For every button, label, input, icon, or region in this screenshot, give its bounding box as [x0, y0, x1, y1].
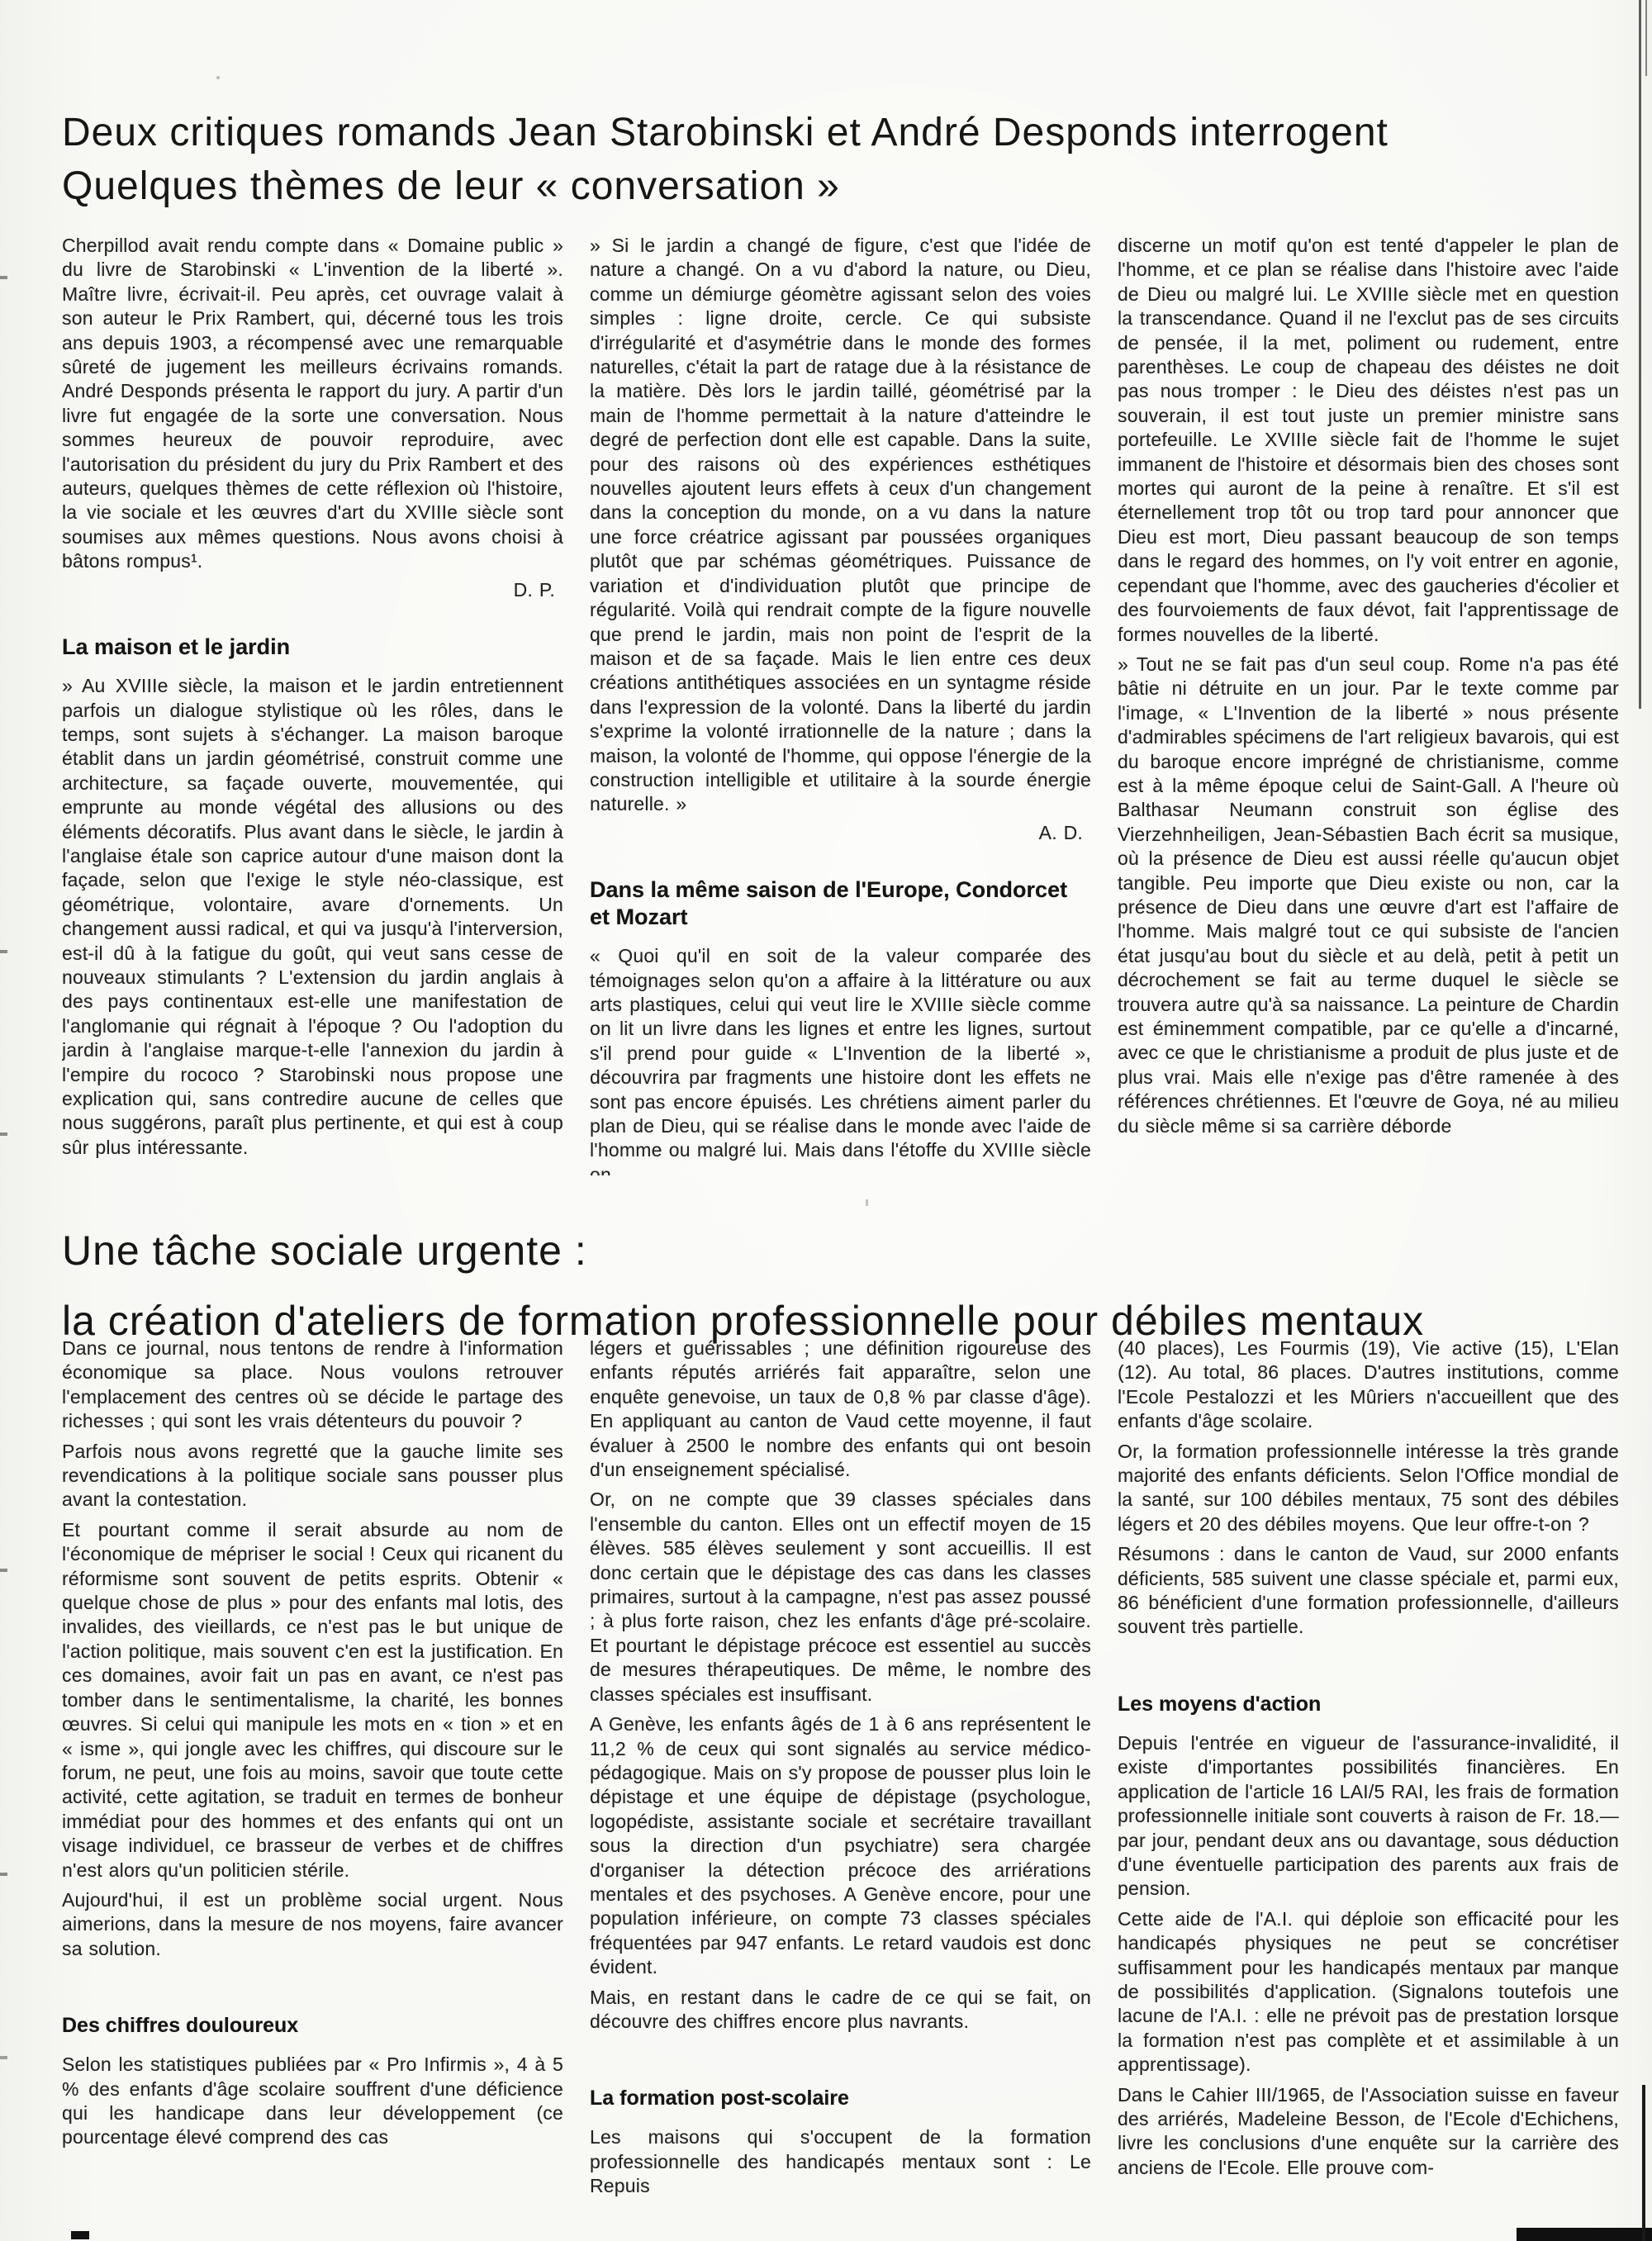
- scan-bottom-left-mark: [71, 2231, 89, 2239]
- scan-edge-line: [1639, 0, 1641, 709]
- scan-speck: [216, 76, 220, 79]
- article1-column-3: discerne un motif qu'on est tenté d'appe…: [1118, 234, 1619, 1175]
- paragraph-dans-ce-journal: Dans ce journal, nous tentons de rendre …: [62, 1337, 563, 1434]
- paragraph-les-maisons: Les maisons qui s'occupent de la formati…: [590, 2125, 1091, 2198]
- scan-edge-line-2: [1645, 0, 1647, 76]
- scan-tick: [0, 276, 7, 279]
- paragraph-et-pourtant: Et pourtant comme il serait absurde au n…: [62, 1518, 563, 1883]
- article2-column-2: légers et guérissables ; une définition …: [590, 1337, 1091, 2229]
- article1-column-1: Cherpillod avait rendu compte dans « Dom…: [62, 234, 563, 1175]
- subhead-les-moyens-daction: Les moyens d'action: [1118, 1691, 1619, 1718]
- article1-headline: Deux critiques romands Jean Starobinski …: [62, 106, 1631, 213]
- subhead-des-chiffres-douloureux: Des chiffres douloureux: [62, 2012, 563, 2039]
- article2-headline: Une tâche sociale urgente : la création …: [62, 1216, 1631, 1356]
- article1-body: Cherpillod avait rendu compte dans « Dom…: [62, 234, 1620, 1175]
- paragraph-chiffres-navrants: Mais, en restant dans le cadre de ce qui…: [590, 1986, 1091, 2034]
- scan-tick: [0, 1569, 7, 1572]
- newspaper-page: Deux critiques romands Jean Starobinski …: [0, 0, 1652, 2241]
- paragraph-quoi-quil-en-soit: « Quoi qu'il en soit de la valeur compar…: [590, 944, 1091, 1175]
- paragraph-assurance-invalidite: Depuis l'entrée en vigueur de l'assuranc…: [1118, 1731, 1619, 1902]
- article1-headline-line1: Deux critiques romands Jean Starobinski …: [62, 106, 1631, 159]
- paragraph-resumons: Résumons : dans le canton de Vaud, sur 2…: [1118, 1542, 1619, 1640]
- paragraph-a-geneve: A Genève, les enfants âgés de 1 à 6 ans …: [590, 1712, 1091, 1979]
- paragraph-intro: Cherpillod avait rendu compte dans « Dom…: [62, 234, 563, 574]
- paragraph-formation-interesse: Or, la formation professionnelle intéres…: [1118, 1440, 1619, 1537]
- paragraph-40-places: (40 places), Les Fourmis (19), Vie activ…: [1118, 1337, 1619, 1434]
- byline-dp: D. P.: [62, 578, 563, 602]
- paragraph-maison-jardin: » Au XVIIIe siècle, la maison et le jard…: [62, 674, 563, 1160]
- paragraph-si-le-jardin: » Si le jardin a changé de figure, c'est…: [590, 234, 1091, 817]
- article2-column-1: Dans ce journal, nous tentons de rendre …: [62, 1337, 563, 2229]
- scan-corner-vline: [1642, 2085, 1645, 2241]
- scan-tick: [0, 950, 7, 953]
- paragraph-cahier-1965: Dans le Cahier III/1965, de l'Associatio…: [1118, 2083, 1619, 2181]
- paragraph-39-classes: Or, on ne compte que 39 classes spéciale…: [590, 1488, 1091, 1707]
- paragraph-legers-guerissables: légers et guérissables ; une définition …: [590, 1337, 1091, 1482]
- subhead-meme-saison-europe: Dans la même saison de l'Europe, Condorc…: [590, 876, 1091, 931]
- article2-body: Dans ce journal, nous tentons de rendre …: [62, 1337, 1620, 2229]
- subhead-formation-post-scolaire: La formation post-scolaire: [590, 2085, 1091, 2112]
- paragraph-aide-ai: Cette aide de l'A.I. qui déploie son eff…: [1118, 1907, 1619, 2077]
- paragraph-aujourdhui: Aujourd'hui, il est un problème social u…: [62, 1888, 563, 1961]
- scan-speck: [866, 1199, 868, 1206]
- byline-ad: A. D.: [590, 821, 1091, 845]
- article2-column-3: (40 places), Les Fourmis (19), Vie activ…: [1118, 1337, 1619, 2229]
- article2-headline-line1: Une tâche sociale urgente :: [62, 1216, 1631, 1286]
- scan-tick: [0, 1873, 7, 1876]
- paragraph-tout-ne-se-fait: » Tout ne se fait pas d'un seul coup. Ro…: [1118, 653, 1619, 1138]
- paragraph-parfois: Parfois nous avons regretté que la gauch…: [62, 1440, 563, 1512]
- scan-tick: [0, 2056, 7, 2059]
- scan-corner-bar: [1517, 2228, 1652, 2241]
- article1-headline-line2: Quelques thèmes de leur « conversation »: [62, 159, 1631, 213]
- article1-column-2: » Si le jardin a changé de figure, c'est…: [590, 234, 1091, 1175]
- subhead-la-maison-et-le-jardin: La maison et le jardin: [62, 634, 563, 661]
- paragraph-discerne-un-motif: discerne un motif qu'on est tenté d'appe…: [1118, 234, 1619, 647]
- scan-tick: [0, 1132, 7, 1136]
- paragraph-selon-statistiques: Selon les statistiques publiées par « Pr…: [62, 2053, 563, 2150]
